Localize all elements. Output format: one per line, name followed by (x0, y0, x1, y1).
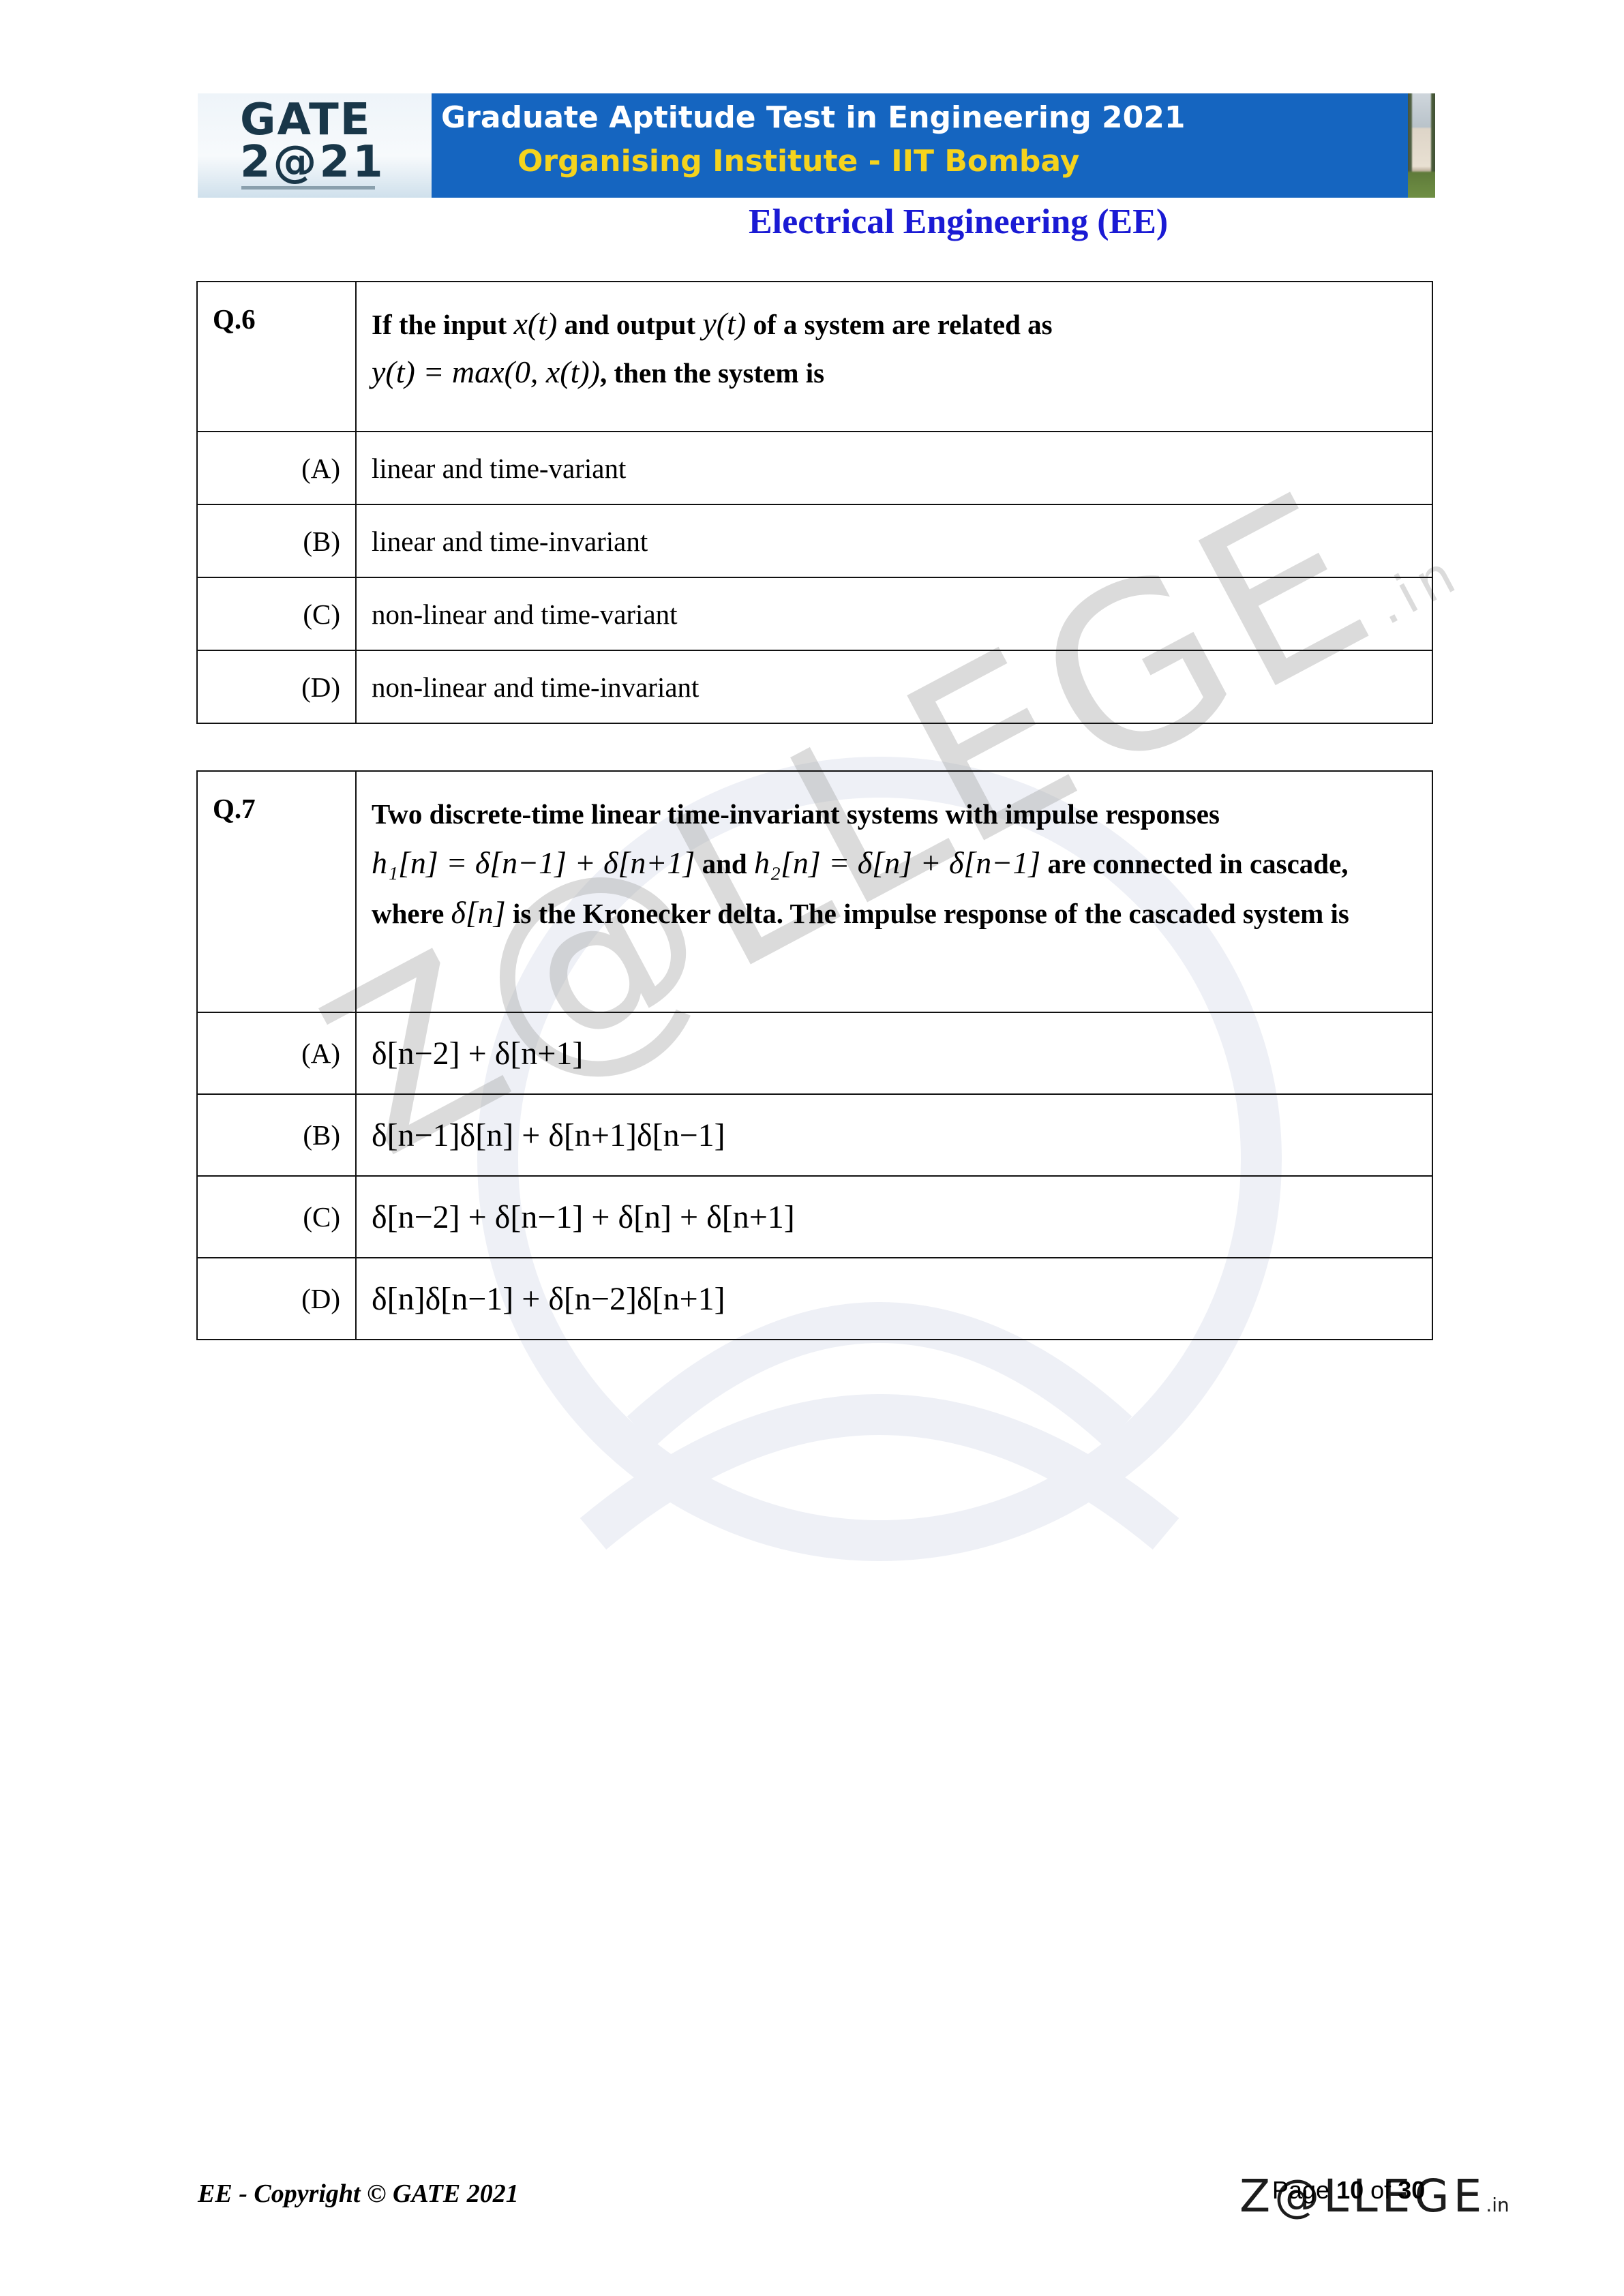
option-label: (A) (197, 432, 356, 504)
gate-banner: GATE 2@21 Graduate Aptitude Test in Engi… (198, 93, 1435, 198)
option-text[interactable]: linear and time-variant (356, 432, 1432, 504)
option-row-b: (B) linear and time-invariant (197, 504, 1432, 577)
option-row-b: (B) δ[n−1]δ[n] + δ[n+1]δ[n−1] (197, 1094, 1432, 1176)
question-number: Q.6 (197, 282, 356, 432)
question-6-table: Q.6 If the input x(t) and output y(t) of… (196, 281, 1433, 724)
option-label: (D) (197, 1258, 356, 1340)
option-label: (C) (197, 1176, 356, 1258)
gate-2021-logo: GATE 2@21 (198, 93, 432, 198)
option-label: (B) (197, 1094, 356, 1176)
math-equation: y(t) = max(0, x(t)) (372, 354, 600, 389)
option-row-d: (D) non-linear and time-invariant (197, 650, 1432, 723)
math-delta: δ[n] (451, 895, 506, 930)
option-text[interactable]: δ[n−2] + δ[n+1] (356, 1012, 1432, 1094)
question-7-table: Q.7 Two discrete-time linear time-invari… (196, 770, 1433, 1340)
banner-title-block: Graduate Aptitude Test in Engineering 20… (432, 93, 1408, 198)
option-row-d: (D) δ[n]δ[n−1] + δ[n−2]δ[n+1] (197, 1258, 1432, 1340)
option-label: (A) (197, 1012, 356, 1094)
option-text[interactable]: linear and time-invariant (356, 504, 1432, 577)
option-text[interactable]: non-linear and time-variant (356, 577, 1432, 650)
option-text[interactable]: δ[n]δ[n−1] + δ[n−2]δ[n+1] (356, 1258, 1432, 1340)
option-text[interactable]: δ[n−2] + δ[n−1] + δ[n] + δ[n+1] (356, 1176, 1432, 1258)
question-stem: Two discrete-time linear time-invariant … (356, 771, 1432, 1012)
banner-organiser: Organising Institute - IIT Bombay (517, 144, 1079, 179)
option-text[interactable]: δ[n−1]δ[n] + δ[n+1]δ[n−1] (356, 1094, 1432, 1176)
option-row-c: (C) δ[n−2] + δ[n−1] + δ[n] + δ[n+1] (197, 1176, 1432, 1258)
option-row-a: (A) linear and time-variant (197, 432, 1432, 504)
option-text[interactable]: non-linear and time-invariant (356, 650, 1432, 723)
option-row-a: (A) δ[n−2] + δ[n+1] (197, 1012, 1432, 1094)
option-label: (B) (197, 504, 356, 577)
question-number: Q.7 (197, 771, 356, 1012)
logo-year-text: 2@21 (240, 141, 386, 183)
math-y-t: y(t) (702, 306, 746, 341)
question-row: Q.7 Two discrete-time linear time-invari… (197, 771, 1432, 1012)
option-label: (C) (197, 577, 356, 650)
math-h1: h₁[n] = δ[n−1] + δ[n+1] (372, 845, 695, 880)
page-number: Page 10 of 30 (1272, 2176, 1425, 2205)
banner-title: Graduate Aptitude Test in Engineering 20… (441, 100, 1186, 135)
iit-bombay-building-photo (1408, 93, 1435, 198)
logo-gate-text: GATE (240, 99, 371, 141)
question-stem: If the input x(t) and output y(t) of a s… (356, 282, 1432, 432)
math-h2: h₂[n] = δ[n] + δ[n−1] (754, 845, 1040, 880)
math-x-t: x(t) (513, 306, 557, 341)
question-row: Q.6 If the input x(t) and output y(t) of… (197, 282, 1432, 432)
footer-copyright: EE - Copyright © GATE 2021 (198, 2179, 519, 2209)
paper-subject-title: Electrical Engineering (EE) (749, 202, 1168, 242)
option-label: (D) (197, 650, 356, 723)
option-row-c: (C) non-linear and time-variant (197, 577, 1432, 650)
logo-tagline (241, 186, 375, 190)
